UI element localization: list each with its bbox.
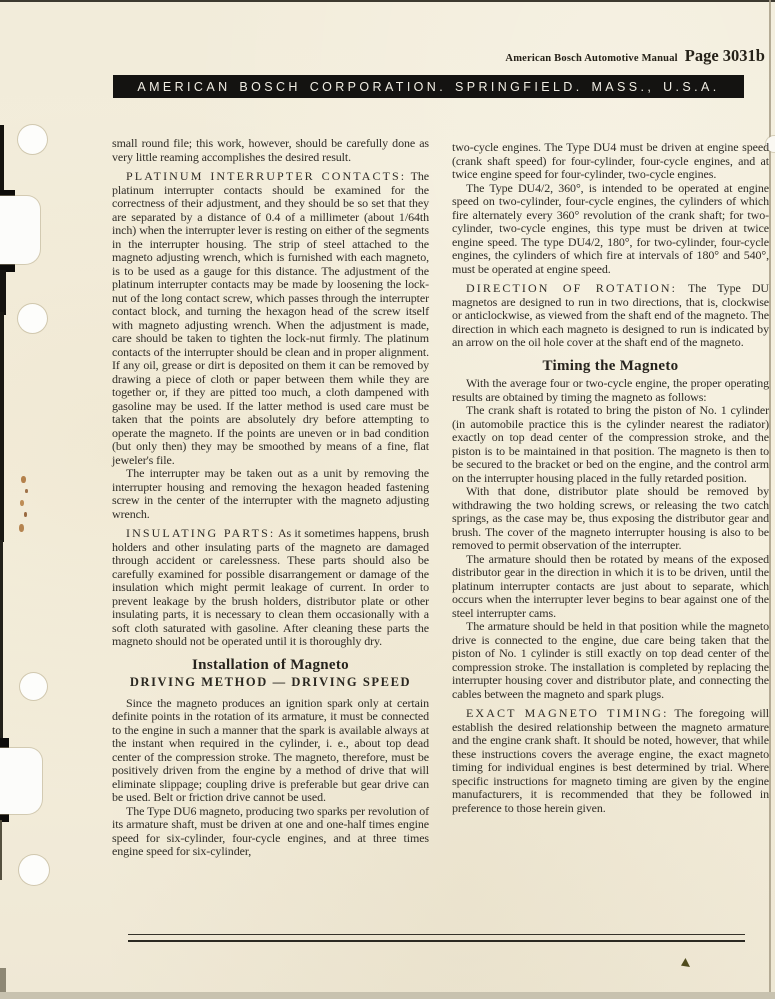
paragraph: INSULATING PARTS: As it sometimes happen… — [112, 527, 429, 649]
paragraph: The Type DU4/2, 360°, is intended to be … — [452, 182, 769, 277]
rust-stain — [25, 489, 28, 493]
paragraph: Since the magneto produces an ignition s… — [112, 697, 429, 805]
binder-slot — [0, 196, 40, 264]
left-edge-strip — [0, 820, 2, 880]
binder-slot — [0, 748, 42, 814]
section-subheading: DRIVING METHOD — DRIVING SPEED — [112, 676, 429, 690]
paragraph: two-cycle engines. The Type DU4 must be … — [452, 141, 769, 182]
punch-hole — [20, 673, 47, 700]
punch-hole — [19, 855, 49, 885]
paragraph: EXACT MAGNETO TIMING: The foregoing will… — [452, 707, 769, 815]
paragraph: The interrupter may be taken out as a un… — [112, 467, 429, 521]
paragraph-lead: PLATINUM INTERRUPTER CONTACTS: — [126, 169, 406, 183]
rust-stain — [21, 476, 26, 483]
section-heading: Installation of Magneto — [112, 659, 429, 673]
rust-stain — [19, 524, 24, 532]
rust-stain — [20, 500, 24, 506]
paragraph-lead: INSULATING PARTS: — [126, 526, 275, 540]
left-edge-strip — [0, 540, 3, 740]
section-heading: Timing the Magneto — [452, 360, 769, 374]
paragraph-lead: EXACT MAGNETO TIMING: — [466, 706, 669, 720]
left-edge-strip — [0, 270, 6, 315]
right-column: two-cycle engines. The Type DU4 must be … — [452, 141, 769, 815]
paragraph: With the average four or two-cycle engin… — [452, 377, 769, 404]
title-banner: AMERICAN BOSCH CORPORATION. SPRINGFIELD.… — [113, 75, 744, 98]
paragraph: The Type DU6 magneto, producing two spar… — [112, 805, 429, 859]
punch-hole — [18, 125, 47, 154]
paragraph: The crank shaft is rotated to bring the … — [452, 404, 769, 485]
punch-hole — [18, 304, 47, 333]
manual-reference: American Bosch Automotive Manual Page 30… — [505, 46, 765, 66]
left-edge-strip — [0, 125, 4, 195]
bottom-double-rule — [128, 934, 745, 942]
bottom-scan-band — [0, 992, 775, 999]
manual-title: American Bosch Automotive Manual — [505, 53, 677, 64]
page-number: Page 3031b — [685, 46, 765, 66]
paragraph: small round file; this work, however, sh… — [112, 137, 429, 164]
left-column: small round file; this work, however, sh… — [112, 137, 429, 859]
paragraph: The armature should then be rotated by m… — [452, 553, 769, 621]
paragraph: DIRECTION OF ROTATION: The Type DU magne… — [452, 282, 769, 350]
left-edge-strip — [0, 312, 4, 542]
paragraph-lead: DIRECTION OF ROTATION: — [466, 281, 677, 295]
scanned-page: { "header": { "manual_title": "American … — [0, 0, 775, 999]
rust-stain — [24, 512, 27, 517]
paragraph: PLATINUM INTERRUPTER CONTACTS: The plati… — [112, 170, 429, 467]
paragraph: The armature should be held in that posi… — [452, 620, 769, 701]
page-top-edge — [0, 0, 775, 2]
paragraph: With that done, distributor plate should… — [452, 485, 769, 553]
left-edge-strip — [0, 968, 6, 994]
